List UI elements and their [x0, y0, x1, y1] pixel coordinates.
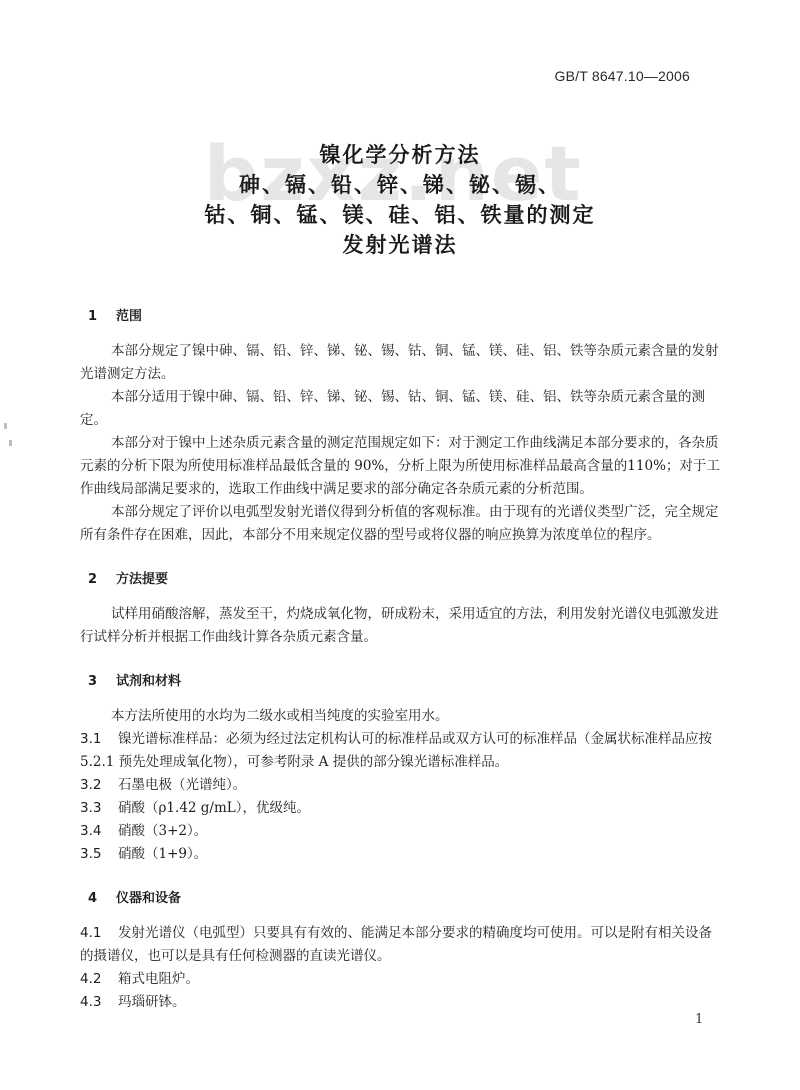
- paragraph: 本部分适用于镍中砷、镉、铅、锌、锑、铋、锡、钴、铜、锰、镁、硅、铝、铁等杂质元素…: [80, 386, 720, 432]
- list-item: 3.3硝酸（ρ1.42 g/mL），优级纯。: [80, 797, 720, 820]
- section-apparatus: 4仪器和设备 4.1发射光谱仪（电弧型）只要具有有效的、能满足本部分要求的精确度…: [80, 882, 720, 1014]
- section-heading: 2方法提要: [80, 563, 720, 603]
- document-title: 镍化学分析方法 砷、镉、铅、锌、锑、铋、锡、 钴、铜、锰、镁、硅、铝、铁量的测定…: [0, 140, 800, 260]
- list-item: 4.1发射光谱仪（电弧型）只要具有有效的、能满足本部分要求的精确度均可使用。可以…: [80, 922, 720, 968]
- paragraph: 本部分规定了评价以电弧型发射光谱仪得到分析值的客观标准。由于现有的光谱仪类型广泛…: [80, 501, 720, 547]
- paragraph: 试样用硝酸溶解，蒸发至干，灼烧成氧化物，研成粉末，采用适宜的方法，利用发射光谱仪…: [80, 603, 720, 649]
- title-line: 钴、铜、锰、镁、硅、铝、铁量的测定: [0, 200, 800, 230]
- list-item: 3.5硝酸（1+9）。: [80, 843, 720, 866]
- list-item: 3.4硝酸（3+2）。: [80, 820, 720, 843]
- title-line: 镍化学分析方法: [0, 140, 800, 170]
- title-line: 砷、镉、铅、锌、锑、铋、锡、: [0, 170, 800, 200]
- section-heading: 1范围: [80, 300, 720, 340]
- list-item: 4.3玛瑙研钵。: [80, 991, 720, 1014]
- list-item: 3.1镍光谱标准样品：必须为经过法定机构认可的标准样品或双方认可的标准样品（金属…: [80, 728, 720, 774]
- standard-code: GB/T 8647.10—2006: [555, 68, 690, 84]
- section-scope: 1范围 本部分规定了镍中砷、镉、铅、锌、锑、铋、锡、钴、铜、锰、镁、硅、铝、铁等…: [80, 300, 720, 547]
- scan-artifact: [4, 423, 7, 429]
- paragraph: 本部分规定了镍中砷、镉、铅、锌、锑、铋、锡、钴、铜、锰、镁、硅、铝、铁等杂质元素…: [80, 340, 720, 386]
- title-line: 发射光谱法: [0, 230, 800, 260]
- section-reagents: 3试剂和材料 本方法所使用的水均为二级水或相当纯度的实验室用水。 3.1镍光谱标…: [80, 665, 720, 866]
- paragraph: 本方法所使用的水均为二级水或相当纯度的实验室用水。: [80, 705, 720, 728]
- paragraph: 本部分对于镍中上述杂质元素含量的测定范围规定如下：对于测定工作曲线满足本部分要求…: [80, 432, 720, 501]
- list-item: 4.2箱式电阻炉。: [80, 968, 720, 991]
- page-number: 1: [695, 1012, 703, 1027]
- list-item: 3.2石墨电极（光谱纯）。: [80, 774, 720, 797]
- document-body: 1范围 本部分规定了镍中砷、镉、铅、锌、锑、铋、锡、钴、铜、锰、镁、硅、铝、铁等…: [80, 300, 720, 1014]
- section-method-summary: 2方法提要 试样用硝酸溶解，蒸发至干，灼烧成氧化物，研成粉末，采用适宜的方法，利…: [80, 563, 720, 649]
- scan-artifact: [9, 440, 12, 446]
- section-heading: 4仪器和设备: [80, 882, 720, 922]
- section-heading: 3试剂和材料: [80, 665, 720, 705]
